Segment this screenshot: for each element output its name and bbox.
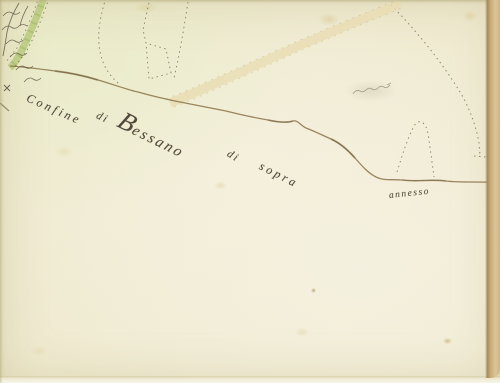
dotted-parcel-lines-right [391,5,486,177]
boundary-line [10,66,500,183]
page-left-edge [0,0,3,383]
pencil-note [353,83,391,94]
dotted-parcel-lines-left [99,0,188,84]
green-road [6,0,49,68]
page-bottom-edge [0,376,500,383]
map-sheet: Confine di Bessano di sopra annesso [0,0,500,383]
page-right-edge [485,0,500,378]
tan-road [166,0,402,107]
page-top-edge [0,0,500,3]
